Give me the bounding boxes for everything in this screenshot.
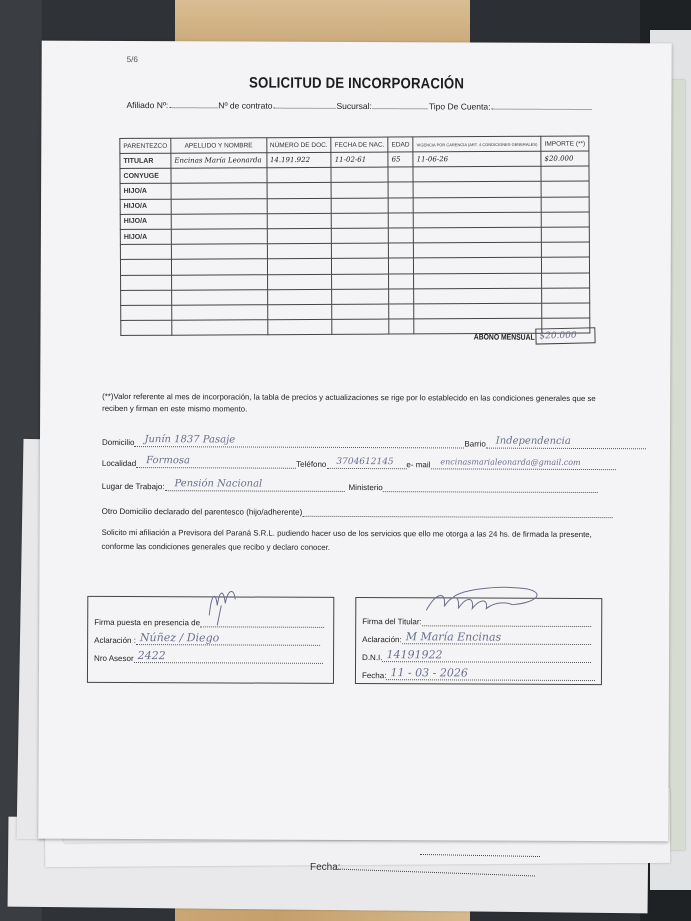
col-documento: NÚMERO DE DOC.	[266, 137, 331, 152]
name-cell[interactable]	[171, 244, 267, 260]
validity-cell[interactable]	[414, 288, 542, 304]
barrio-field[interactable]: Independencia	[486, 436, 646, 450]
email-field[interactable]: encinasmarialeonarda@gmail.com	[430, 456, 615, 470]
validity-cell[interactable]	[414, 303, 542, 319]
birth-cell[interactable]	[332, 258, 389, 273]
doc-cell[interactable]	[267, 183, 332, 199]
birth-cell[interactable]	[331, 213, 388, 228]
col-fecha-nac: FECHA DE NAC.	[331, 137, 388, 152]
localidad-field[interactable]: Formosa	[136, 455, 296, 469]
doc-cell[interactable]	[267, 259, 332, 275]
name-cell[interactable]	[171, 229, 267, 245]
family-table: PARENTEZCO APELLIDO Y NOMBRE NÚMERO DE D…	[119, 136, 590, 337]
amount-cell[interactable]	[541, 227, 589, 242]
doc-cell[interactable]	[266, 168, 331, 184]
holder-firma-label: Firma del Titular:	[362, 617, 422, 626]
amount-cell[interactable]	[542, 303, 590, 318]
relation-cell: HIJO/A	[120, 229, 171, 244]
holder-signature-box: Firma del Titular: Aclaración:M María En…	[355, 597, 602, 685]
age-cell[interactable]	[389, 273, 414, 288]
doc-cell[interactable]	[267, 213, 332, 229]
afiliado-field[interactable]	[169, 99, 217, 108]
relation-cell	[121, 320, 172, 335]
relation-cell: HIJO/A	[120, 214, 171, 229]
doc-cell[interactable]	[267, 319, 332, 335]
otro-domicilio-label: Otro Domicilio declarado del parentesco …	[102, 507, 303, 517]
amount-cell[interactable]	[542, 288, 590, 303]
validity-cell[interactable]	[413, 212, 541, 228]
holder-fecha-field[interactable]: 11 - 03 - 2026	[386, 666, 595, 681]
trabajo-row: Lugar de Trabajo:Pensión NacionalMiniste…	[102, 478, 598, 493]
holder-aclaracion-label: Aclaración:	[362, 635, 402, 644]
domicilio-field[interactable]: Junín 1837 Pasaje	[134, 434, 464, 448]
birth-cell[interactable]	[332, 304, 389, 319]
age-cell[interactable]	[389, 289, 414, 304]
amount-cell[interactable]	[541, 242, 589, 257]
tipo-cuenta-label: Tipo De Cuenta:	[429, 101, 491, 111]
name-cell[interactable]	[171, 168, 267, 184]
barrio-label: Barrio	[464, 439, 485, 448]
relation-cell	[121, 305, 172, 320]
doc-cell[interactable]	[267, 243, 332, 259]
doc-cell[interactable]	[267, 304, 332, 320]
email-label: e- mail	[406, 460, 430, 469]
holder-firma-field[interactable]	[422, 612, 591, 627]
birth-cell[interactable]	[332, 319, 389, 334]
afiliado-label: Afiliado Nº:	[126, 100, 168, 110]
doc-cell[interactable]	[267, 289, 332, 305]
price-note: (**)Valor referente al mes de incorporac…	[102, 391, 602, 417]
holder-dni-field[interactable]: 14191922	[382, 648, 591, 663]
validity-cell[interactable]	[413, 182, 541, 198]
advisor-firma-field[interactable]	[200, 613, 324, 628]
amount-cell[interactable]	[541, 212, 589, 227]
relation-cell	[120, 260, 171, 275]
name-cell[interactable]	[171, 183, 267, 199]
birth-cell[interactable]	[332, 274, 389, 289]
name-cell[interactable]	[171, 198, 267, 214]
validity-cell[interactable]	[414, 258, 542, 274]
ministerio-label: Ministerio	[348, 483, 382, 492]
advisor-firma-row: Firma puesta en presencia de	[94, 613, 324, 628]
advisor-firma-label: Firma puesta en presencia de	[94, 618, 200, 627]
age-cell[interactable]	[389, 319, 414, 334]
relation-cell	[121, 275, 172, 290]
holder-dni-label: D.N.I.	[362, 653, 382, 662]
localidad-label: Localidad	[102, 459, 136, 468]
name-cell[interactable]	[172, 320, 268, 336]
validity-cell[interactable]	[414, 242, 542, 258]
amount-cell[interactable]	[542, 273, 590, 288]
amount-cell[interactable]	[541, 197, 589, 212]
age-cell[interactable]	[388, 167, 413, 182]
amount-cell[interactable]	[541, 166, 589, 181]
doc-cell[interactable]: 14.191.922	[266, 152, 331, 168]
holder-aclaracion-field[interactable]: M María Encinas	[402, 630, 591, 645]
validity-cell[interactable]	[413, 166, 541, 182]
advisor-asesor-row: Nro Asesor2422	[94, 649, 323, 664]
birth-cell[interactable]: 11-02-61	[331, 152, 388, 167]
sucursal-label: Sucursal:	[336, 101, 371, 111]
holder-firma-row: Firma del Titular:	[362, 612, 591, 627]
holder-fecha-row: Fecha:11 - 03 - 2026	[362, 666, 596, 681]
trabajo-field[interactable]: Pensión Nacional	[164, 478, 344, 492]
name-cell[interactable]	[171, 213, 267, 229]
advisor-aclaracion-row: Aclaración :Núñez / Diego	[94, 631, 320, 646]
doc-cell[interactable]	[267, 228, 332, 244]
contrato-field[interactable]	[273, 100, 335, 109]
form-page: 5/6 SOLICITUD DE INCORPORACIÓN Afiliado …	[38, 41, 671, 842]
validity-cell[interactable]	[413, 197, 541, 213]
age-cell[interactable]	[389, 304, 414, 319]
affiliation-declaration: Solicito mi afiliación a Previsora del P…	[102, 526, 612, 556]
advisor-asesor-field[interactable]: 2422	[134, 649, 323, 664]
age-cell[interactable]	[388, 182, 413, 197]
age-cell[interactable]	[389, 243, 414, 258]
page-number: 5/6	[127, 55, 138, 64]
birth-cell[interactable]	[332, 243, 389, 258]
ministerio-field[interactable]	[383, 479, 598, 493]
validity-cell[interactable]	[413, 227, 541, 243]
amount-cell[interactable]	[541, 257, 589, 272]
birth-cell[interactable]	[332, 228, 389, 243]
validity-cell[interactable]	[414, 273, 542, 289]
age-cell[interactable]: 65	[388, 152, 413, 167]
domicilio-row: DomicilioJunín 1837 PasajeBarrioIndepend…	[102, 434, 646, 449]
col-importe: IMPORTE (**)	[541, 136, 589, 151]
advisor-aclaracion-field[interactable]: Núñez / Diego	[136, 631, 320, 646]
relation-cell	[120, 244, 171, 259]
birth-cell[interactable]	[332, 289, 389, 304]
name-cell[interactable]	[171, 274, 267, 290]
holder-fecha-label: Fecha:	[362, 671, 387, 680]
holder-aclaracion-row: Aclaración:M María Encinas	[362, 630, 591, 645]
domicilio-label: Domicilio	[102, 438, 134, 447]
relation-cell: HIJO/A	[120, 184, 171, 199]
otro-domicilio-row: Otro Domicilio declarado del parentesco …	[102, 503, 613, 518]
trabajo-label: Lugar de Trabajo:	[102, 482, 165, 491]
monthly-fee-field[interactable]: $20.000	[535, 327, 595, 344]
col-vigencia: VIGENCIA POR CARENCIA (ART. 4 CONDICIONE…	[413, 136, 541, 152]
amount-cell[interactable]: $20.000	[541, 151, 589, 166]
age-cell[interactable]	[389, 258, 414, 273]
contrato-label: Nº de contrato	[218, 100, 272, 110]
relation-cell: HIJO/A	[120, 199, 171, 214]
relation-cell	[121, 290, 172, 305]
col-nombre: APELLIDO Y NOMBRE	[171, 138, 267, 154]
name-cell[interactable]	[171, 259, 267, 275]
name-cell[interactable]	[172, 305, 268, 321]
advisor-asesor-label: Nro Asesor	[94, 654, 134, 663]
birth-cell[interactable]	[331, 167, 388, 182]
validity-cell[interactable]: 11-06-26	[413, 151, 541, 167]
relation-cell: CONYUGE	[120, 168, 171, 183]
advisor-aclaracion-label: Aclaración :	[94, 636, 136, 645]
age-cell[interactable]	[388, 213, 413, 228]
sucursal-field[interactable]	[373, 100, 428, 109]
birth-cell[interactable]	[331, 182, 388, 197]
birth-cell[interactable]	[331, 198, 388, 213]
tipo-cuenta-field[interactable]	[491, 101, 591, 110]
name-cell[interactable]: Encinas María Leonarda	[171, 153, 267, 169]
age-cell[interactable]	[388, 197, 413, 212]
name-cell[interactable]	[172, 289, 268, 305]
advisor-signature-box: Firma puesta en presencia de Aclaración …	[87, 596, 334, 684]
age-cell[interactable]	[388, 228, 413, 243]
doc-cell[interactable]	[267, 198, 332, 214]
col-edad: EDAD	[388, 137, 413, 152]
relation-cell: TITULAR	[120, 153, 171, 168]
back-sheet-fecha-label: Fecha:	[310, 862, 341, 873]
doc-cell[interactable]	[267, 274, 332, 290]
telefono-label: Teléfono	[296, 460, 326, 469]
col-parentezco: PARENTEZCO	[120, 138, 171, 153]
localidad-row: LocalidadFormosaTeléfono3704612145e- mai…	[102, 455, 616, 470]
amount-cell[interactable]	[541, 181, 589, 196]
otro-domicilio-field[interactable]	[302, 504, 612, 518]
form-title: SOLICITUD DE INCORPORACIÓN	[79, 74, 633, 93]
holder-dni-row: D.N.I.14191922	[362, 648, 592, 663]
telefono-field[interactable]: 3704612145	[326, 456, 406, 469]
meta-fields: Afiliado Nº:Nº de contratoSucursal:Tipo …	[126, 99, 592, 112]
monthly-fee-label: ABONO MENSUAL	[474, 333, 535, 342]
